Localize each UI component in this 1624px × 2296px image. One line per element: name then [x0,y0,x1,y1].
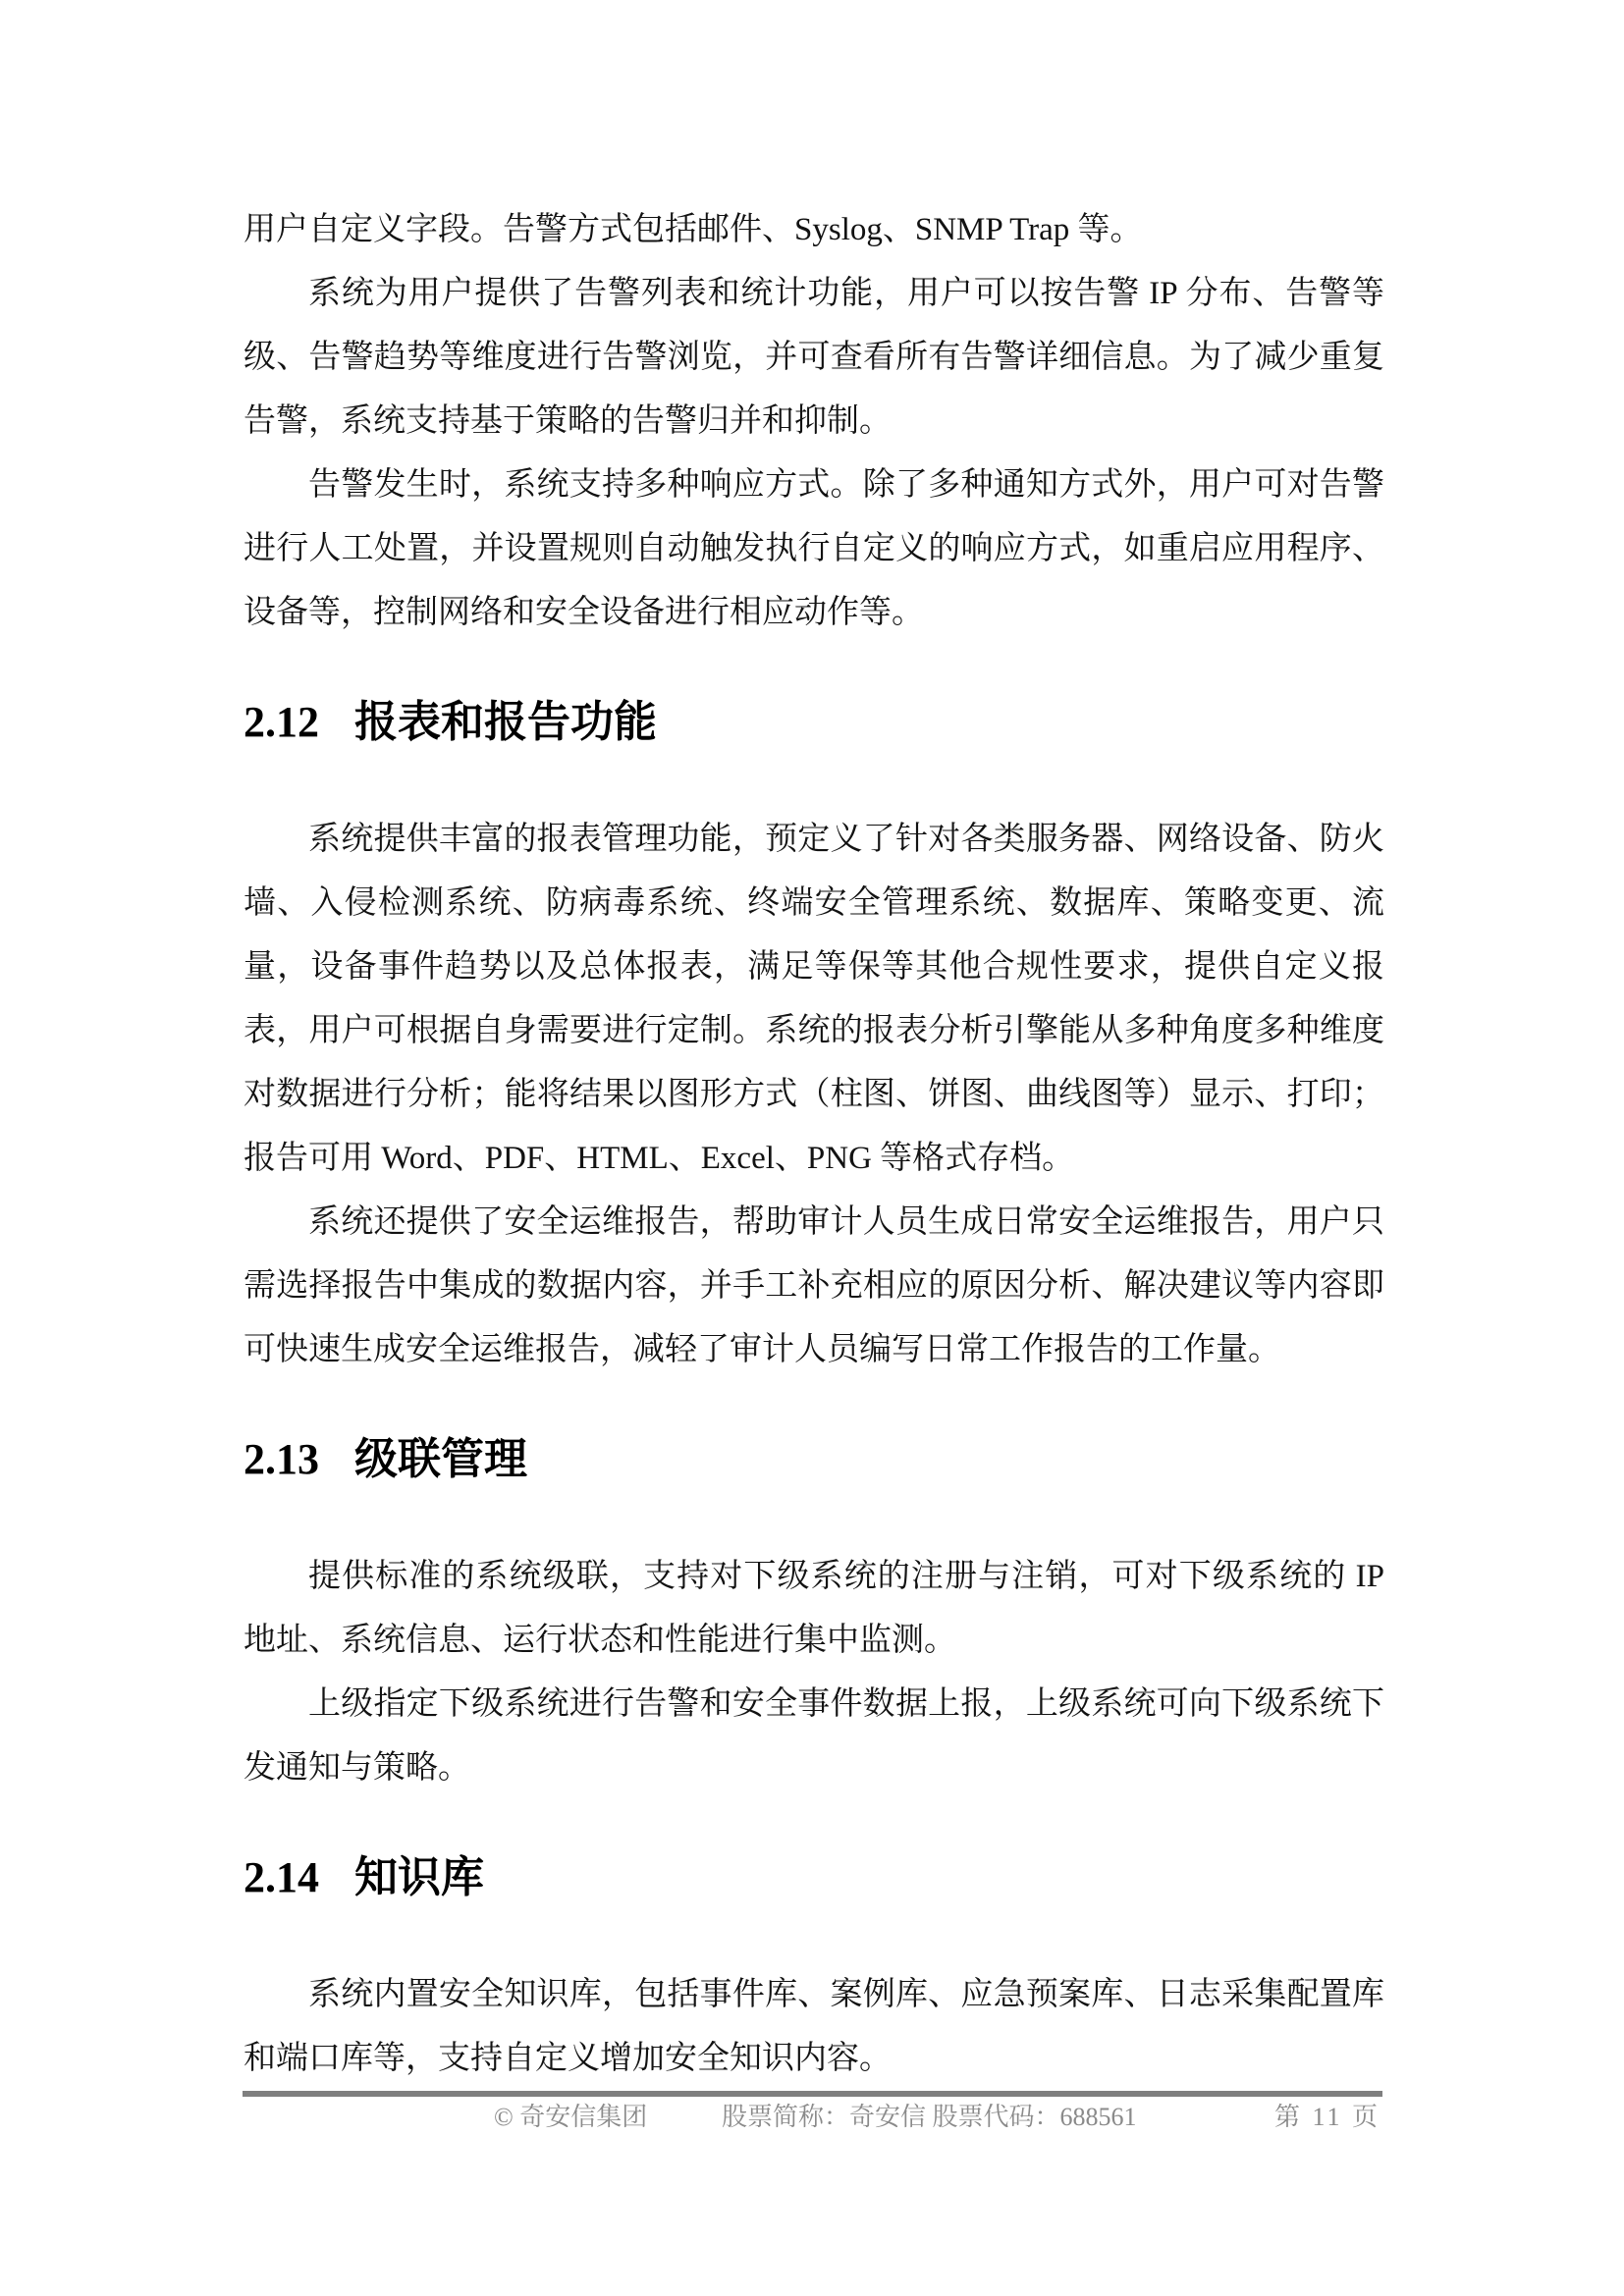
body-paragraph-report-management: 系统提供丰富的报表管理功能，预定义了针对各类服务器、网络设备、防火墙、入侵检测系… [244,808,1384,1191]
body-paragraph-alert-list: 系统为用户提供了告警列表和统计功能，用户可以按告警 IP 分布、告警等级、告警趋… [244,262,1384,454]
document-page: { "document": { "blocks": [ { "type": "p… [0,0,1624,2296]
body-paragraph-cascade-report: 上级指定下级系统进行告警和安全事件数据上报，上级系统可向下级系统下发通知与策略。 [244,1673,1384,1800]
footer-stock-info: 股票简称：奇安信 股票代码：688561 [722,2101,1137,2134]
footer-copyright: © 奇安信集团 [494,2101,647,2134]
body-paragraph-alert-fields: 用户自定义字段。告警方式包括邮件、Syslog、SNMP Trap 等。 [244,198,1384,262]
page-footer: © 奇安信集团 股票简称：奇安信 股票代码：688561 第 11 页 [244,2101,1382,2138]
body-paragraph-cascade-monitor: 提供标准的系统级联，支持对下级系统的注册与注销，可对下级系统的 IP 地址、系统… [244,1545,1384,1673]
section-number: 2.12 [244,698,319,746]
section-heading-2-14: 2.14知识库 [244,1847,1384,1908]
footer-page-number: 第 11 页 [1274,2101,1380,2134]
section-title: 级联管理 [354,1435,527,1483]
section-number: 2.14 [244,1853,319,1901]
section-heading-2-12: 2.12报表和报告功能 [244,692,1384,753]
body-paragraph-alert-response: 告警发生时，系统支持多种响应方式。除了多种通知方式外，用户可对告警进行人工处置，… [244,454,1384,645]
section-heading-2-13: 2.13级联管理 [244,1429,1384,1490]
footer-divider [243,2091,1382,2097]
body-paragraph-ops-report: 系统还提供了安全运维报告，帮助审计人员生成日常安全运维报告，用户只需选择报告中集… [244,1191,1384,1382]
document-body: 用户自定义字段。告警方式包括邮件、Syslog、SNMP Trap 等。 系统为… [244,198,1384,2091]
section-number: 2.13 [244,1435,319,1483]
section-title: 知识库 [354,1853,484,1901]
section-title: 报表和报告功能 [354,698,657,746]
body-paragraph-knowledge-base: 系统内置安全知识库，包括事件库、案例库、应急预案库、日志采集配置库和端口库等，支… [244,1963,1384,2091]
